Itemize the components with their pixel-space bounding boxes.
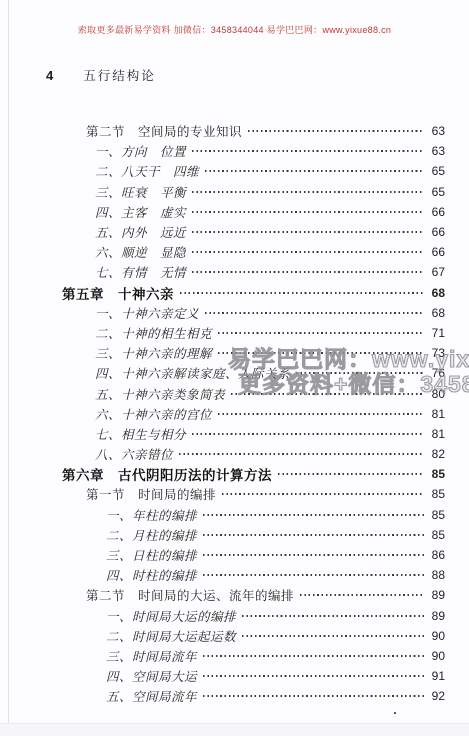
dotted-leader (192, 231, 424, 233)
toc-entry: 三、十神六亲的理解73 (62, 343, 445, 363)
toc-entry-page-number: 80 (429, 387, 445, 401)
dotted-leader (203, 514, 424, 516)
promo-banner-text: 索取更多最新易学资料 加微信：3458344044 易学巴巴网：www.yixu… (0, 23, 469, 36)
dotted-leader (300, 594, 424, 596)
dotted-leader (242, 635, 424, 637)
toc-entry: 二、八天干 四维65 (62, 161, 445, 181)
dotted-leader (203, 554, 424, 556)
toc-entry: 三、旺衰 平衡65 (62, 182, 445, 202)
toc-entry-title: 二、十神的相生相克 (95, 324, 212, 342)
toc-entry-title: 二、时间局大运起运数 (106, 627, 236, 645)
toc-entry-title: 第六章 古代阴阳历法的计算方法 (62, 464, 272, 484)
toc-list: 第二节 空间局的专业知识63一、方向 位置63二、八天干 四维65三、旺衰 平衡… (62, 121, 445, 706)
toc-entry: 二、十神的相生相克71 (62, 323, 445, 343)
toc-entry-title: 四、十神六亲解读家庭、人际关系 (95, 364, 290, 382)
toc-entry-page-number: 89 (429, 588, 445, 602)
toc-entry: 一、时间局大运的编排89 (62, 606, 445, 626)
toc-entry-page-number: 91 (429, 669, 445, 683)
toc-entry-title: 三、旺衰 平衡 (95, 183, 186, 201)
toc-entry-title: 一、方向 位置 (95, 142, 186, 160)
toc-entry-page-number: 66 (429, 225, 445, 239)
toc-entry-title: 三、十神六亲的理解 (95, 344, 212, 362)
toc-entry: 四、十神六亲解读家庭、人际关系76 (62, 363, 445, 383)
toc-entry-page-number: 65 (429, 164, 445, 178)
toc-entry-page-number: 89 (429, 609, 445, 623)
dotted-leader (203, 655, 424, 657)
toc-entry-page-number: 68 (429, 286, 445, 300)
toc-entry-page-number: 76 (429, 366, 445, 380)
dotted-leader (203, 534, 424, 536)
dotted-leader (180, 292, 424, 294)
dotted-leader (248, 130, 424, 132)
toc-entry-title: 六、十神六亲的宫位 (95, 405, 212, 423)
toc-entry-page-number: 85 (429, 528, 445, 542)
toc-entry-title: 一、年柱的编排 (106, 506, 197, 524)
toc-entry-title: 二、八天干 四维 (95, 162, 199, 180)
dotted-leader (222, 493, 424, 495)
toc-entry-title: 七、有情 无情 (95, 263, 186, 281)
toc-entry-title: 二、月柱的编排 (106, 526, 197, 544)
toc-entry-title: 第五章 十神六亲 (62, 283, 174, 303)
toc-entry-title: 四、主客 虚实 (95, 203, 186, 221)
toc-entry-page-number: 68 (429, 306, 445, 320)
toc-entry-title: 六、顺逆 显隐 (95, 243, 186, 261)
toc-entry-page-number: 63 (429, 144, 445, 158)
toc-entry: 一、十神六亲定义68 (62, 303, 445, 323)
toc-entry: 第五章 十神六亲68 (62, 283, 445, 303)
toc-entry-page-number: 66 (429, 245, 445, 259)
toc-entry-page-number: 86 (429, 548, 445, 562)
toc-entry: 二、时间局大运起运数90 (62, 626, 445, 646)
toc-entry: 一、年柱的编排85 (62, 505, 445, 525)
toc-entry-title: 第二节 时间局的大运、流年的编排 (86, 586, 294, 604)
toc-entry-page-number: 90 (429, 649, 445, 663)
toc-entry-title: 五、空间局流年 (106, 687, 197, 705)
toc-entry-page-number: 92 (429, 689, 445, 703)
toc-entry: 五、内外 远近66 (62, 222, 445, 242)
scan-page-edge-line (8, 0, 9, 736)
running-book-title: 五行结构论 (83, 66, 156, 84)
toc-entry-title: 七、相生与相分 (95, 425, 186, 443)
toc-entry-page-number: 82 (429, 447, 445, 461)
toc-entry-title: 一、时间局大运的编排 (106, 607, 236, 625)
toc-entry-page-number: 66 (429, 205, 445, 219)
dotted-leader (296, 372, 424, 374)
dotted-leader (205, 170, 424, 172)
dotted-leader (231, 393, 424, 395)
toc-entry: 七、相生与相分81 (62, 424, 445, 444)
toc-entry: 四、时柱的编排88 (62, 565, 445, 585)
toc-entry: 六、十神六亲的宫位81 (62, 404, 445, 424)
dotted-leader (192, 251, 424, 253)
toc-entry-page-number: 81 (429, 407, 445, 421)
toc-entry-page-number: 73 (429, 346, 445, 360)
scan-bottom-edge (0, 723, 469, 736)
toc-entry: 二、月柱的编排85 (62, 525, 445, 545)
dotted-leader (205, 312, 424, 314)
toc-entry: 三、时间局流年90 (62, 646, 445, 666)
toc-entry-title: 第二节 空间局的专业知识 (86, 122, 242, 140)
toc-entry: 八、六亲错位82 (62, 444, 445, 464)
toc-entry: 六、顺逆 显隐66 (62, 242, 445, 262)
toc-entry: 五、十神六亲类象简表80 (62, 383, 445, 403)
dotted-leader (278, 473, 424, 475)
toc-entry-page-number: 85 (429, 508, 445, 522)
dotted-leader (203, 574, 424, 576)
toc-entry: 三、日柱的编排86 (62, 545, 445, 565)
toc-entry-page-number: 81 (429, 427, 445, 441)
toc-entry-title: 四、时柱的编排 (106, 566, 197, 584)
toc-entry-title: 五、内外 远近 (95, 223, 186, 241)
folio-page-number: 4 (46, 68, 53, 83)
toc-entry: 第二节 空间局的专业知识63 (62, 121, 445, 141)
toc-entry-page-number: 71 (429, 326, 445, 340)
page-header: 4 五行结构论 (46, 66, 445, 84)
dotted-leader (218, 332, 424, 334)
scanned-book-page: 索取更多最新易学资料 加微信：3458344044 易学巴巴网：www.yixu… (0, 0, 469, 736)
dotted-leader (192, 433, 424, 435)
toc-entry-page-number: 90 (429, 629, 445, 643)
dotted-leader (218, 352, 424, 354)
dotted-leader (192, 191, 424, 193)
toc-entry: 四、空间局大运91 (62, 666, 445, 686)
dotted-leader (203, 675, 424, 677)
toc-entry-page-number: 85 (429, 487, 445, 501)
dotted-leader (218, 413, 424, 415)
toc-entry: 一、方向 位置63 (62, 141, 445, 161)
toc-entry: 第六章 古代阴阳历法的计算方法85 (62, 464, 445, 484)
toc-entry-title: 第一节 时间局的编排 (86, 485, 216, 503)
toc-entry-page-number: 63 (429, 124, 445, 138)
toc-entry-title: 三、时间局流年 (106, 647, 197, 665)
toc-entry-title: 一、十神六亲定义 (95, 304, 199, 322)
dotted-leader (192, 150, 424, 152)
toc-entry: 第一节 时间局的编排85 (62, 484, 445, 504)
toc-entry-title: 四、空间局大运 (106, 667, 197, 685)
toc-entry-title: 八、六亲错位 (95, 445, 173, 463)
toc-entry-title: 五、十神六亲类象简表 (95, 385, 225, 403)
toc-entry-page-number: 65 (429, 185, 445, 199)
dotted-leader (179, 453, 424, 455)
toc-entry-page-number: 67 (429, 265, 445, 279)
toc-entry-page-number: 88 (429, 568, 445, 582)
toc-entry-page-number: 85 (429, 467, 445, 481)
toc-entry-title: 三、日柱的编排 (106, 546, 197, 564)
dotted-leader (242, 615, 424, 617)
toc-entry: 五、空间局流年92 (62, 686, 445, 706)
dotted-leader (192, 211, 424, 213)
toc-entry: 第二节 时间局的大运、流年的编排89 (62, 585, 445, 605)
toc-entry: 七、有情 无情67 (62, 262, 445, 282)
scan-speck-artifact (394, 712, 396, 714)
dotted-leader (203, 695, 424, 697)
toc-entry: 四、主客 虚实66 (62, 202, 445, 222)
dotted-leader (192, 271, 424, 273)
